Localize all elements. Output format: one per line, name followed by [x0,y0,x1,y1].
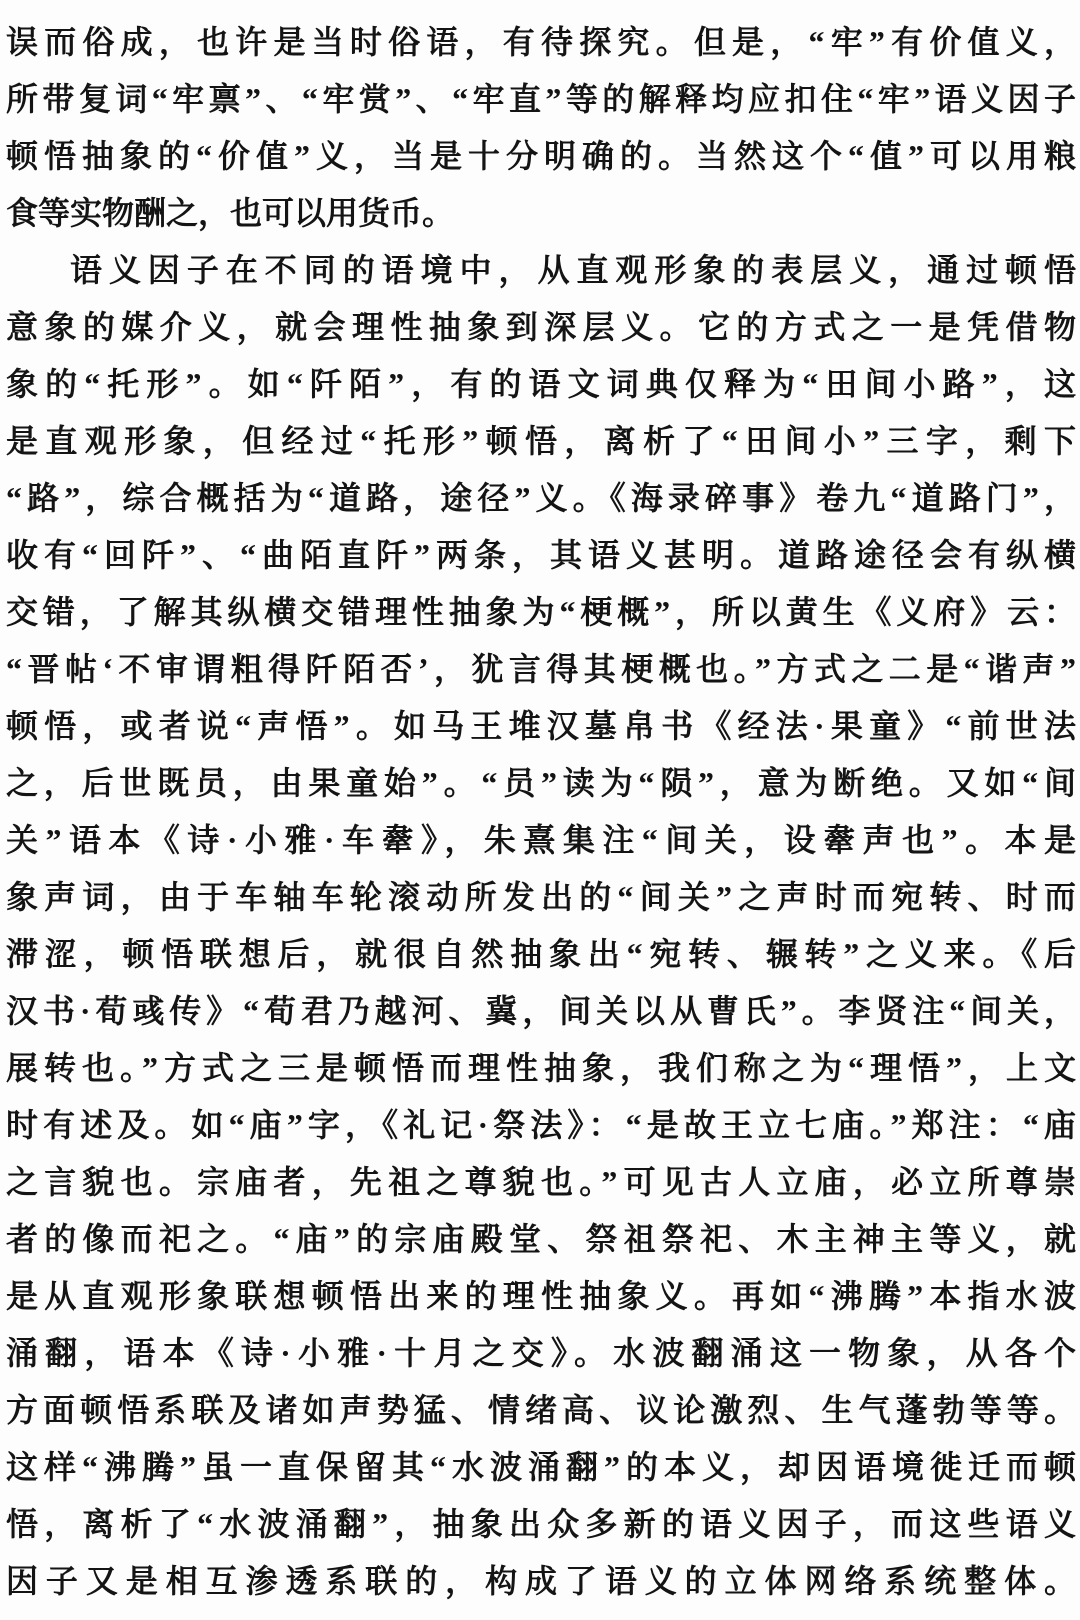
text-line: 汉书·荀彧传》“荀君乃越河、冀，间关以从曹氏”。李贤注“间关， [6,983,1076,1040]
body-text: 误而俗成，也许是当时俗语，有待探究。但是，“牢”有价值义， 所带复词“牢禀”、“… [6,14,1076,1610]
scanned-page: 误而俗成，也许是当时俗语，有待探究。但是，“牢”有价值义， 所带复词“牢禀”、“… [0,0,1080,1620]
text-line: 顿悟，或者说“声悟”。如马王堆汉墓帛书《经法·果童》“前世法 [6,698,1076,755]
text-line: 是直观形象，但经过“托形”顿悟，离析了“田间小”三字，剩下 [6,413,1076,470]
text-line: 关”语本《诗·小雅·车舝》，朱熹集注“间关，设舝声也”。本是 [6,812,1076,869]
text-line: 所带复词“牢禀”、“牢赏”、“牢直”等的解释均应扣住“牢”语义因子 [6,71,1076,128]
text-line: 收有“回阡”、“曲陌直阡”两条，其语义甚明。道路途径会有纵横 [6,527,1076,584]
text-line: 悟，离析了“水波涌翻”，抽象出众多新的语义因子，而这些语义 [6,1496,1076,1553]
text-line: 交错，了解其纵横交错理性抽象为“梗概”，所以黄生《义府》云： [6,584,1076,641]
text-line: 方面顿悟系联及诸如声势猛、情绪高、议论激烈、生气蓬勃等等。 [6,1382,1076,1439]
text-line: 者的像而祀之。“庙”的宗庙殿堂、祭祖祭祀、木主神主等义，就 [6,1211,1076,1268]
text-line: 之言貌也。宗庙者，先祖之尊貌也。”可见古人立庙，必立所尊崇 [6,1154,1076,1211]
text-line: 语义因子在不同的语境中，从直观形象的表层义，通过顿悟 [6,242,1076,299]
text-line: 食等实物酬之，也可以用货币。 [6,185,1076,242]
text-line: 涌翻，语本《诗·小雅·十月之交》。水波翻涌这一物象，从各个 [6,1325,1076,1382]
text-line: 之，后世既员，由果童始”。“员”读为“陨”，意为断绝。又如“间 [6,755,1076,812]
text-line: 这样“沸腾”虽一直保留其“水波涌翻”的本义，却因语境徙迁而顿 [6,1439,1076,1496]
text-line: 展转也。”方式之三是顿悟而理性抽象，我们称之为“理悟”，上文 [6,1040,1076,1097]
text-line: 时有述及。如“庙”字，《礼记·祭法》：“是故王立七庙。”郑注：“庙 [6,1097,1076,1154]
text-line: 因子又是相互渗透系联的，构成了语义的立体网络系统整体。 [6,1553,1076,1610]
text-line: 意象的媒介义，就会理性抽象到深层义。它的方式之一是凭借物 [6,299,1076,356]
text-line: “晋帖‘不审谓粗得阡陌否’，犹言得其梗概也。”方式之二是“谐声” [6,641,1076,698]
text-line: “路”，综合概括为“道路，途径”义。《海录碎事》卷九“道路门”， [6,470,1076,527]
text-line: 滞涩，顿悟联想后，就很自然抽象出“宛转、辗转”之义来。《后 [6,926,1076,983]
text-line: 是从直观形象联想顿悟出来的理性抽象义。再如“沸腾”本指水波 [6,1268,1076,1325]
text-line: 顿悟抽象的“价值”义，当是十分明确的。当然这个“值”可以用粮 [6,128,1076,185]
text-line: 象的“托形”。如“阡陌”，有的语文词典仅释为“田间小路”，这 [6,356,1076,413]
text-line: 误而俗成，也许是当时俗语，有待探究。但是，“牢”有价值义， [6,14,1076,71]
text-line: 象声词，由于车轴车轮滚动所发出的“间关”之声时而宛转、时而 [6,869,1076,926]
